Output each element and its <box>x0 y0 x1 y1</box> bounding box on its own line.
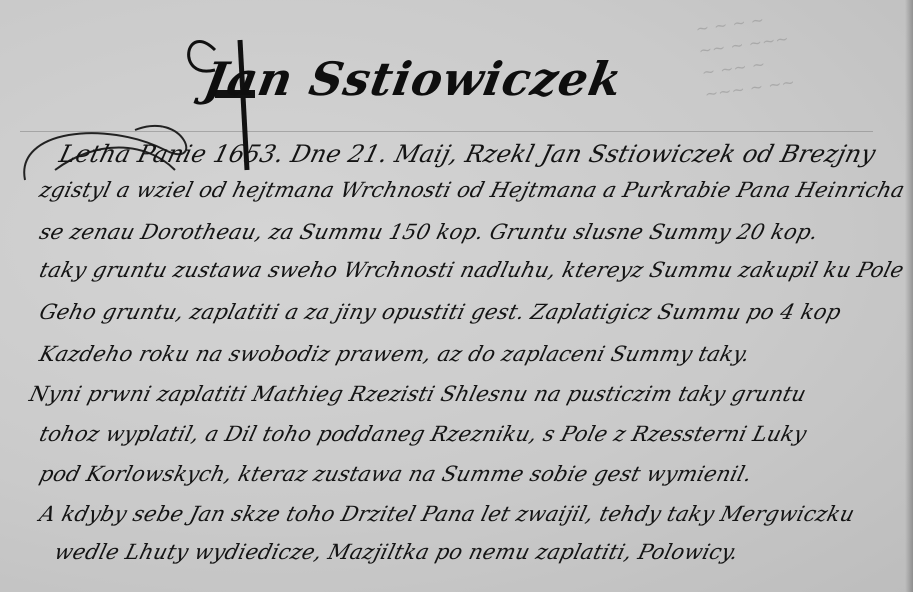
manuscript-line-1: Letha Panie 1653. Dne 21. Maij, Rzekl Ja… <box>57 140 879 168</box>
manuscript-page: ~ ~ ~ ~ ~~ ~ ~~~ ~ ~~ ~ ~~~ ~ ~~ Jan Sst… <box>0 0 913 592</box>
manuscript-line-10: A kdyby sebe Jan skze toho Drzitel Pana … <box>37 502 857 526</box>
manuscript-line-5: Geho gruntu, zaplatiti a za jiny opustit… <box>37 300 844 324</box>
manuscript-line-3: se zenau Dorotheau, za Summu 150 kop. Gr… <box>37 220 821 244</box>
manuscript-line-9: pod Korlowskych, kteraz zustawa na Summe… <box>37 462 754 486</box>
bleed-through-text: ~ ~ ~ ~ ~~ ~ ~~~ ~ ~~ ~ ~~~ ~ ~~ <box>684 0 913 163</box>
page-edge-shadow <box>905 0 913 592</box>
manuscript-line-6: Kazdeho roku na swobodiz prawem, az do z… <box>37 342 752 366</box>
manuscript-line-4: taky gruntu zustawa sweho Wrchnosti nadl… <box>37 258 907 282</box>
manuscript-line-8: tohoz wyplatil, a Dil toho poddaneg Rzez… <box>37 422 809 446</box>
document-heading: Jan Sstiowiczek <box>200 52 626 106</box>
manuscript-line-11: wedle Lhuty wydiedicze, Mazjiltka po nem… <box>52 540 741 564</box>
manuscript-line-7: Nyni prwni zaplatiti Mathieg Rzezisti Sh… <box>27 382 809 406</box>
manuscript-line-2: zgistyl a wziel od hejtmana Wrchnosti od… <box>37 178 907 202</box>
